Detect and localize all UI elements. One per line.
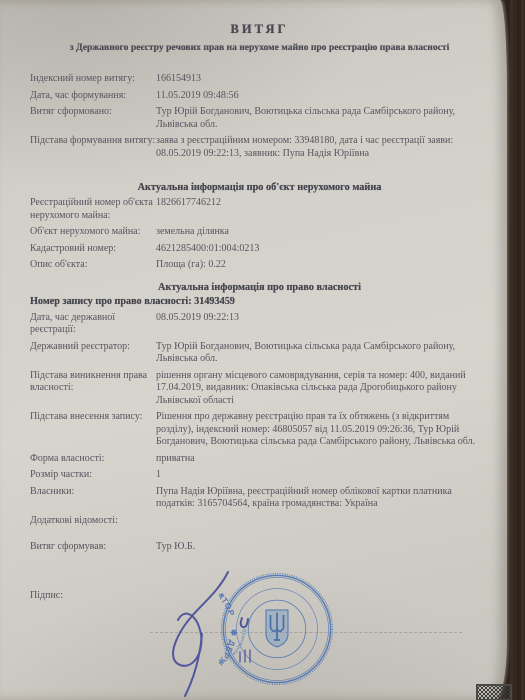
row-label: Власники: — [30, 486, 156, 511]
row-value: 1 — [156, 469, 488, 482]
row-value: 11.05.2019 09:48:56 — [156, 90, 488, 103]
document-subtitle: з Державного реєстру речових прав на нер… — [30, 42, 489, 53]
table-row: Об'єкт нерухомого майна: земельна ділянк… — [30, 226, 489, 239]
table-row: Витяг сформовано: Тур Юрій Богданович, В… — [30, 106, 489, 131]
table-row: Підстава внесення запису: Рішення про де… — [30, 411, 489, 449]
row-label: Витяг сформовано: — [30, 106, 156, 131]
table-row: Індексний номер витягу: 166154913 — [30, 73, 489, 86]
row-label: Дата, час державної реєстрації: — [30, 312, 156, 337]
row-label: Об'єкт нерухомого майна: — [30, 226, 156, 239]
table-row: Реєстраційний номер об'єкта нерухомого м… — [30, 197, 489, 222]
row-value: Пупа Надія Юріївна, реєстраційний номер … — [156, 486, 488, 511]
row-value: Площа (га): 0.22 — [156, 259, 488, 272]
row-value: 166154913 — [156, 73, 488, 86]
row-label: Додаткові відомості: — [30, 515, 156, 528]
header-info-table: Індексний номер витягу: 166154913 Дата, … — [30, 73, 489, 160]
row-value: 4621285400:01:004:0213 — [156, 243, 488, 256]
row-label: Підстава виникнення права власності: — [30, 370, 156, 408]
signature-label: Підпис: — [30, 590, 156, 601]
row-value — [156, 515, 488, 528]
row-value: Тур Юрій Богданович, Воютицька сільська … — [156, 106, 488, 131]
table-row: Форма власності: приватна — [30, 453, 489, 466]
row-label: Підстава формування витягу: — [30, 135, 156, 160]
section-heading-ownership: Актуальна інформація про право власності — [30, 282, 489, 293]
row-label: Підстава внесення запису: — [30, 411, 156, 449]
row-value: 1826617746212 — [156, 197, 488, 222]
document-title: ВИТЯГ — [30, 22, 489, 37]
handwritten-signature — [150, 560, 270, 700]
qr-code — [477, 685, 511, 700]
formed-by-label: Витяг сформував: — [30, 541, 156, 552]
row-value: рішення органу місцевого самоврядування,… — [156, 370, 488, 408]
row-value: земельна ділянка — [156, 226, 488, 239]
row-value: заява з реєстраційним номером: 33948180,… — [156, 135, 488, 160]
formed-by-value: Тур Ю.Б. — [156, 541, 489, 552]
table-row: Додаткові відомості: — [30, 515, 489, 528]
table-row: Власники: Пупа Надія Юріївна, реєстрацій… — [30, 486, 489, 511]
row-label: Кадастровий номер: — [30, 243, 156, 256]
row-label: Індексний номер витягу: — [30, 73, 156, 86]
row-value: приватна — [156, 453, 488, 466]
row-label: Реєстраційний номер об'єкта нерухомого м… — [30, 197, 156, 222]
row-value: Рішення про державну реєстрацію прав та … — [156, 411, 488, 449]
table-row: Дата, час державної реєстрації: 08.05.20… — [30, 312, 489, 337]
row-value: Тур Юрій Богданович, Воютицька сільська … — [156, 341, 488, 366]
table-row: Опис об'єкта: Площа (га): 0.22 — [30, 259, 489, 272]
row-label: Розмір частки: — [30, 469, 156, 482]
ownership-info-table: Дата, час державної реєстрації: 08.05.20… — [30, 312, 489, 528]
table-row: Державний реєстратор: Тур Юрій Богданови… — [30, 341, 489, 366]
row-value: 08.05.2019 09:22:13 — [156, 312, 488, 337]
table-row: Розмір частки: 1 — [30, 469, 489, 482]
document-content: ВИТЯГ з Державного реєстру речових прав … — [0, 0, 507, 601]
formed-by-row: Витяг сформував: Тур Ю.Б. — [30, 541, 489, 552]
table-row: Підстава формування витягу: заява з реєс… — [30, 135, 489, 160]
table-row: Підстава виникнення права власності: ріш… — [30, 370, 489, 408]
row-label: Форма власності: — [30, 453, 156, 466]
document-photo: ВИТЯГ з Державного реєстру речових прав … — [0, 0, 525, 700]
section-heading-object: Актуальна інформація про об'єкт нерухомо… — [30, 182, 489, 193]
row-label: Дата, час формування: — [30, 90, 156, 103]
object-info-table: Реєстраційний номер об'єкта нерухомого м… — [30, 197, 489, 272]
row-label: Державний реєстратор: — [30, 341, 156, 366]
table-row: Дата, час формування: 11.05.2019 09:48:5… — [30, 90, 489, 103]
wood-table-edge — [507, 0, 525, 700]
table-row: Кадастровий номер: 4621285400:01:004:021… — [30, 243, 489, 256]
row-label: Опис об'єкта: — [30, 259, 156, 272]
ownership-record-number: Номер запису про право власності: 314934… — [30, 296, 489, 307]
